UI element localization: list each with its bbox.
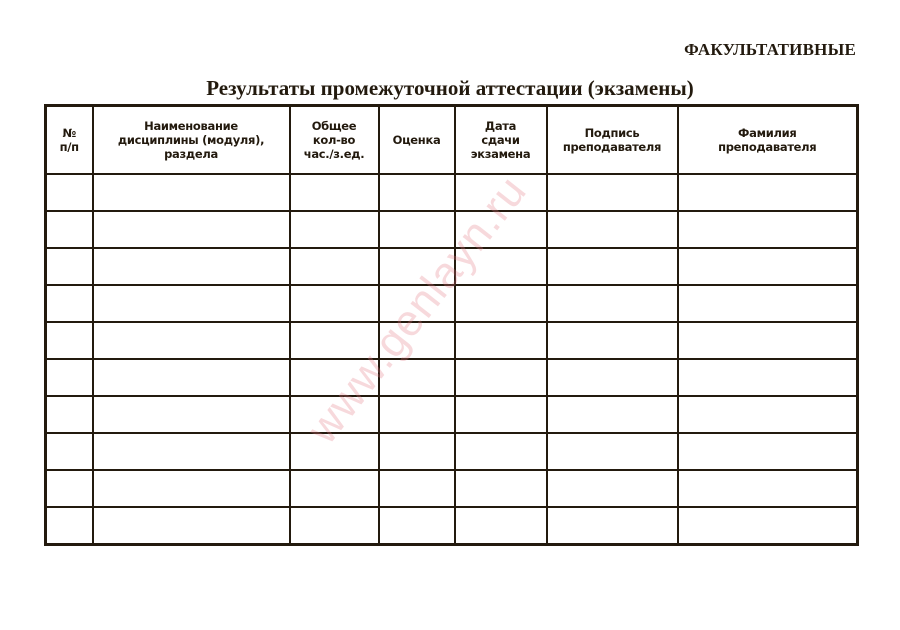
- table-header-row: № п/п Наименование дисциплины (модуля), …: [46, 106, 858, 175]
- table-row: [46, 396, 858, 433]
- cell-signature[interactable]: [547, 470, 678, 507]
- cell-grade[interactable]: [379, 359, 455, 396]
- cell-discipline[interactable]: [93, 322, 290, 359]
- cell-grade[interactable]: [379, 396, 455, 433]
- cell-date[interactable]: [455, 174, 547, 211]
- cell-num[interactable]: [46, 174, 93, 211]
- cell-teacher[interactable]: [678, 248, 858, 285]
- section-label: ФАКУЛЬТАТИВНЫЕ: [684, 40, 856, 60]
- cell-discipline[interactable]: [93, 359, 290, 396]
- cell-signature[interactable]: [547, 433, 678, 470]
- cell-hours[interactable]: [290, 359, 379, 396]
- cell-num[interactable]: [46, 285, 93, 322]
- column-header-exam-date: Дата сдачи экзамена: [455, 106, 547, 175]
- cell-grade[interactable]: [379, 174, 455, 211]
- table-body: [46, 174, 858, 545]
- cell-hours[interactable]: [290, 174, 379, 211]
- cell-discipline[interactable]: [93, 248, 290, 285]
- cell-num[interactable]: [46, 470, 93, 507]
- cell-date[interactable]: [455, 507, 547, 545]
- cell-signature[interactable]: [547, 285, 678, 322]
- table-row: [46, 433, 858, 470]
- column-header-teacher-signature: Подпись преподавателя: [547, 106, 678, 175]
- exam-results-table: № п/п Наименование дисциплины (модуля), …: [44, 104, 859, 546]
- cell-teacher[interactable]: [678, 507, 858, 545]
- cell-signature[interactable]: [547, 248, 678, 285]
- column-header-teacher-surname: Фамилия преподавателя: [678, 106, 858, 175]
- table-row: [46, 322, 858, 359]
- cell-num[interactable]: [46, 211, 93, 248]
- cell-signature[interactable]: [547, 322, 678, 359]
- cell-teacher[interactable]: [678, 396, 858, 433]
- cell-signature[interactable]: [547, 359, 678, 396]
- cell-date[interactable]: [455, 248, 547, 285]
- cell-num[interactable]: [46, 433, 93, 470]
- cell-teacher[interactable]: [678, 433, 858, 470]
- cell-signature[interactable]: [547, 507, 678, 545]
- cell-discipline[interactable]: [93, 211, 290, 248]
- cell-hours[interactable]: [290, 248, 379, 285]
- cell-discipline[interactable]: [93, 507, 290, 545]
- cell-teacher[interactable]: [678, 470, 858, 507]
- cell-discipline[interactable]: [93, 285, 290, 322]
- cell-date[interactable]: [455, 359, 547, 396]
- cell-grade[interactable]: [379, 433, 455, 470]
- table-row: [46, 359, 858, 396]
- cell-grade[interactable]: [379, 507, 455, 545]
- cell-date[interactable]: [455, 211, 547, 248]
- table-row: [46, 248, 858, 285]
- cell-grade[interactable]: [379, 248, 455, 285]
- cell-signature[interactable]: [547, 174, 678, 211]
- cell-hours[interactable]: [290, 211, 379, 248]
- cell-hours[interactable]: [290, 322, 379, 359]
- cell-date[interactable]: [455, 285, 547, 322]
- cell-hours[interactable]: [290, 433, 379, 470]
- table-row: [46, 174, 858, 211]
- table-row: [46, 285, 858, 322]
- page-title: Результаты промежуточной аттестации (экз…: [0, 76, 900, 101]
- cell-hours[interactable]: [290, 396, 379, 433]
- cell-discipline[interactable]: [93, 396, 290, 433]
- column-header-number: № п/п: [46, 106, 93, 175]
- cell-num[interactable]: [46, 359, 93, 396]
- cell-teacher[interactable]: [678, 285, 858, 322]
- cell-teacher[interactable]: [678, 322, 858, 359]
- cell-discipline[interactable]: [93, 470, 290, 507]
- cell-signature[interactable]: [547, 396, 678, 433]
- column-header-grade: Оценка: [379, 106, 455, 175]
- cell-num[interactable]: [46, 322, 93, 359]
- cell-hours[interactable]: [290, 285, 379, 322]
- cell-grade[interactable]: [379, 211, 455, 248]
- table-row: [46, 470, 858, 507]
- cell-grade[interactable]: [379, 285, 455, 322]
- cell-date[interactable]: [455, 396, 547, 433]
- table-row: [46, 211, 858, 248]
- cell-date[interactable]: [455, 433, 547, 470]
- cell-num[interactable]: [46, 248, 93, 285]
- cell-hours[interactable]: [290, 470, 379, 507]
- cell-discipline[interactable]: [93, 174, 290, 211]
- cell-num[interactable]: [46, 396, 93, 433]
- cell-teacher[interactable]: [678, 211, 858, 248]
- cell-grade[interactable]: [379, 470, 455, 507]
- cell-grade[interactable]: [379, 322, 455, 359]
- cell-discipline[interactable]: [93, 433, 290, 470]
- cell-date[interactable]: [455, 470, 547, 507]
- cell-date[interactable]: [455, 322, 547, 359]
- cell-hours[interactable]: [290, 507, 379, 545]
- table-row: [46, 507, 858, 545]
- column-header-hours: Общее кол-во час./з.ед.: [290, 106, 379, 175]
- column-header-discipline: Наименование дисциплины (модуля), раздел…: [93, 106, 290, 175]
- cell-teacher[interactable]: [678, 174, 858, 211]
- cell-teacher[interactable]: [678, 359, 858, 396]
- cell-num[interactable]: [46, 507, 93, 545]
- cell-signature[interactable]: [547, 211, 678, 248]
